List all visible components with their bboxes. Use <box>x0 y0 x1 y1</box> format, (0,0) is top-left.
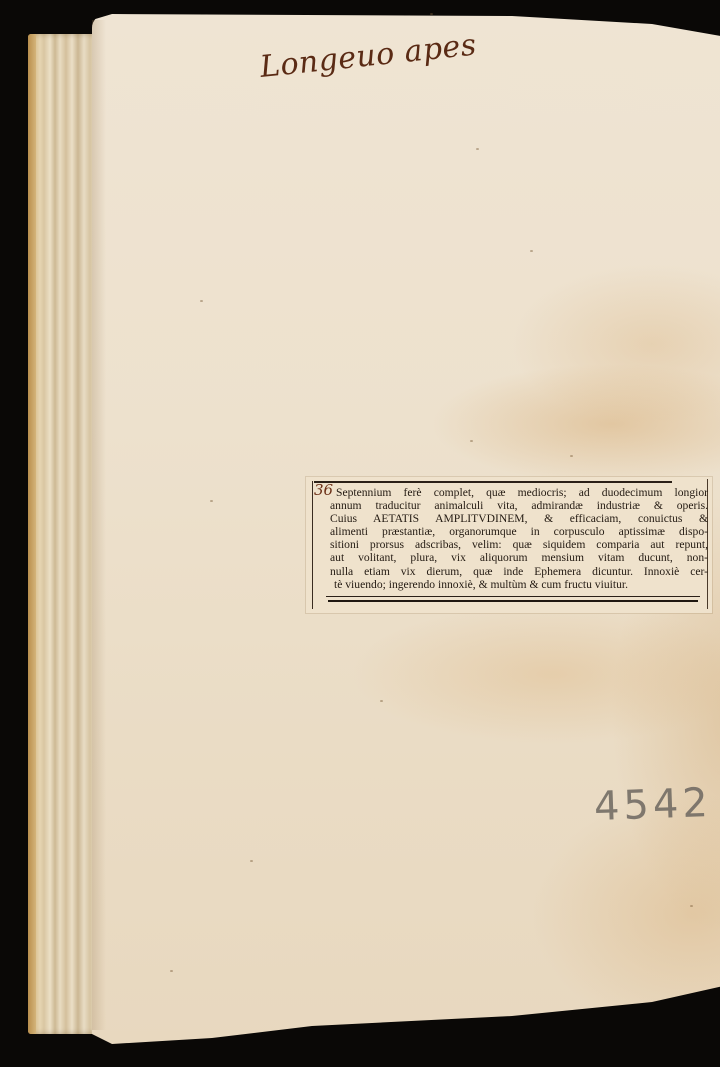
paper-speck <box>530 250 533 252</box>
paper-speck <box>200 300 203 302</box>
slip-left-rule <box>312 481 313 609</box>
paper-speck <box>570 455 573 457</box>
paper-speck <box>690 905 693 907</box>
printed-text-block: Septennium ferè complet, quæ mediocris; … <box>330 486 708 591</box>
slip-top-rule <box>314 481 672 483</box>
photo-scene: Longeuo apes 36 Septennium ferè complet,… <box>0 0 720 1067</box>
paper-speck <box>380 700 383 702</box>
printed-line: Cuius AETATIS AMPLITVDINEM, & efficaciam… <box>330 512 708 525</box>
slip-bottom-rule <box>326 596 700 597</box>
printed-line: Septennium ferè complet, quæ mediocris; … <box>330 486 708 499</box>
printed-line: aut volitant, plura, vix aliquorum mensi… <box>330 551 708 564</box>
printed-line: sitioni prorsus adscribas, velim: quæ si… <box>330 538 708 551</box>
paper-speck <box>250 860 253 862</box>
printed-line: nulla etiam vix dierum, quæ inde Ephemer… <box>330 565 708 578</box>
pencil-shelfmark: 4542 <box>593 780 712 830</box>
paper-speck <box>476 148 479 150</box>
paper-speck <box>210 500 213 502</box>
paper-speck <box>470 440 473 442</box>
printed-line: tè viuendo; ingerendo innoxiè, & multùm … <box>330 578 708 591</box>
printed-line: alimenti præstantiæ, organorumque in cor… <box>330 525 708 538</box>
pasted-printed-slip: 36 Septennium ferè complet, quæ mediocri… <box>306 477 712 613</box>
paper-speck <box>170 970 173 972</box>
slip-bottom-rule-thick <box>328 600 698 602</box>
paper-speck <box>430 13 433 15</box>
printed-line: annum traducitur animalculi vita, admira… <box>330 499 708 512</box>
